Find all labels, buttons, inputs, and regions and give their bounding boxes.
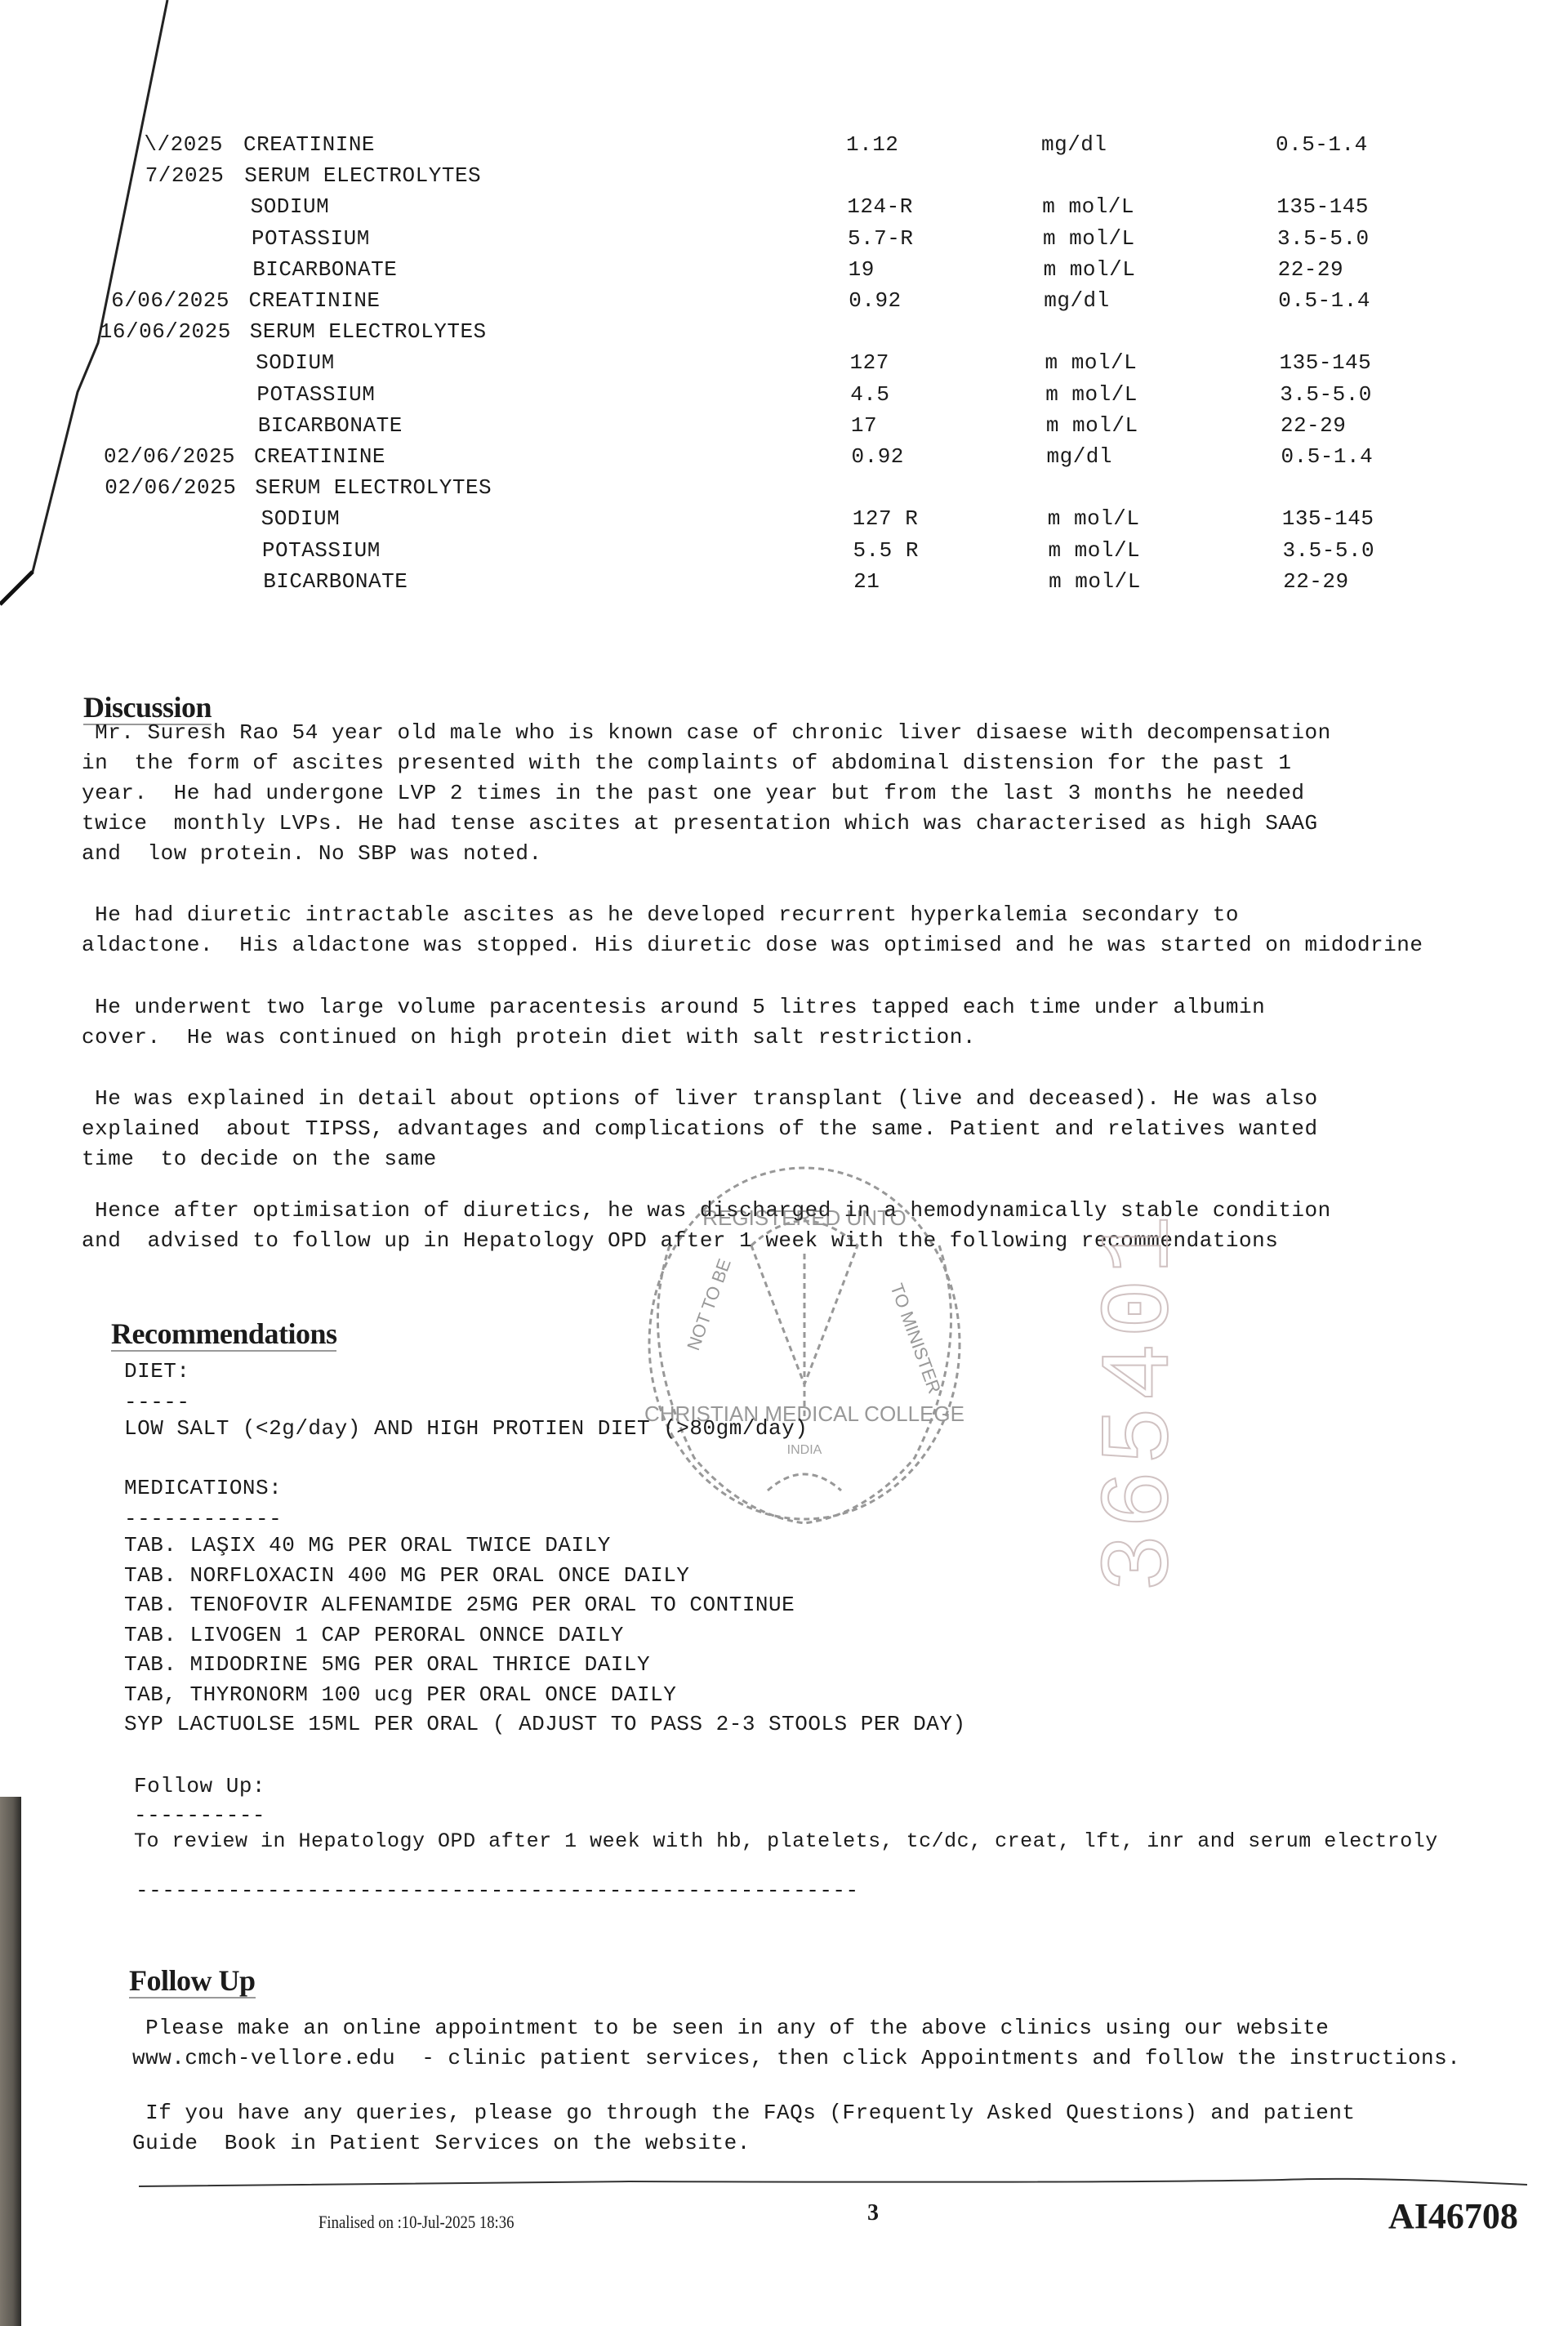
medication-item: TAB, THYRONORM 100 ucg PER ORAL ONCE DAI…: [124, 1682, 676, 1707]
lab-reference-range: 135-145: [1282, 506, 1374, 531]
follow-up-heading: Follow Up: [129, 1966, 256, 1998]
end-rule: ----------------------------------------…: [136, 1878, 859, 1903]
lab-unit: mg/dl: [1047, 444, 1113, 469]
lab-test-name: SERUM ELECTROLYTES: [255, 475, 492, 500]
lab-result-row: 6/06/2025CREATININE0.92mg/dl0.5-1.4: [0, 288, 1568, 319]
diet-text: LOW SALT (<2g/day) AND HIGH PROTIEN DIET…: [124, 1416, 808, 1441]
lab-reference-range: 22-29: [1281, 413, 1347, 438]
paragraph: He underwent two large volume paracentes…: [82, 995, 1535, 1055]
footer-rule: [139, 2177, 1527, 2193]
lab-test-name: POTASSIUM: [256, 382, 375, 407]
lab-unit: m mol/L: [1049, 569, 1141, 594]
lab-result-row: 02/06/2025SERUM ELECTROLYTES: [0, 475, 1568, 506]
diet-label: DIET:: [124, 1359, 190, 1384]
paragraph-line: Hence after optimisation of diuretics, h…: [82, 1198, 1535, 1228]
medication-item: TAB. LAŞIX 40 MG PER ORAL TWICE DAILY: [124, 1533, 611, 1557]
lab-date: 02/06/2025: [104, 444, 235, 469]
lab-value: 0.92: [849, 288, 901, 313]
lab-unit: m mol/L: [1045, 350, 1138, 375]
lab-value: 1.12: [846, 132, 898, 157]
lab-result-row: POTASSIUM5.7-Rm mol/L3.5-5.0: [0, 226, 1568, 257]
lab-test-name: BICARBONATE: [258, 413, 403, 438]
followup-label: Follow Up:: [134, 1774, 265, 1798]
medication-item: TAB. MIDODRINE 5MG PER ORAL THRICE DAILY: [124, 1652, 650, 1677]
document-id: AI46708: [1388, 2195, 1518, 2237]
paragraph-line: www.cmch-vellore.edu - clinic patient se…: [132, 2046, 1568, 2076]
paragraph: He had diuretic intractable ascites as h…: [82, 902, 1535, 963]
lab-result-row: 02/06/2025CREATININE0.92mg/dl0.5-1.4: [0, 444, 1568, 475]
lab-reference-range: 135-145: [1280, 350, 1372, 375]
paragraph-line: and low protein. No SBP was noted.: [82, 841, 1535, 871]
lab-reference-range: 0.5-1.4: [1276, 132, 1368, 157]
paragraph-line: year. He had undergone LVP 2 times in th…: [82, 781, 1535, 811]
lab-value: 127: [850, 350, 889, 375]
lab-test-name: POTASSIUM: [252, 226, 370, 251]
paragraph-line: time to decide on the same: [82, 1147, 1535, 1177]
lab-reference-range: 0.5-1.4: [1281, 444, 1374, 469]
lab-unit: m mol/L: [1045, 382, 1138, 407]
lab-test-name: SERUM ELECTROLYTES: [250, 319, 487, 344]
page-number: 3: [867, 2200, 879, 2226]
lab-unit: mg/dl: [1044, 288, 1110, 313]
paragraph-line: He underwent two large volume paracentes…: [82, 995, 1535, 1025]
lab-reference-range: 3.5-5.0: [1277, 226, 1370, 251]
lab-test-name: CREATININE: [254, 444, 385, 469]
lab-value: 4.5: [850, 382, 889, 407]
lab-reference-range: 22-29: [1278, 257, 1344, 282]
lab-date: 02/06/2025: [105, 475, 236, 500]
lab-value: 124-R: [847, 194, 913, 219]
medications-rule: ------------: [124, 1507, 282, 1531]
paragraph: He was explained in detail about options…: [82, 1086, 1535, 1177]
lab-result-row: SODIUM127m mol/L135-145: [0, 350, 1568, 381]
paragraph-line: Mr. Suresh Rao 54 year old male who is k…: [82, 720, 1535, 751]
document-page: \/2025CREATININE1.12mg/dl0.5-1.47/2025SE…: [0, 0, 1568, 2326]
lab-value: 127 R: [853, 506, 919, 531]
lab-value: 21: [853, 569, 880, 594]
vertical-serial-watermark: 365401: [1086, 1210, 1197, 1593]
lab-reference-range: 22-29: [1283, 569, 1349, 594]
lab-unit: m mol/L: [1048, 506, 1140, 531]
paragraph-line: explained about TIPSS, advantages and co…: [82, 1116, 1535, 1147]
lab-date: \/2025: [144, 132, 223, 157]
paragraph-line: If you have any queries, please go throu…: [132, 2101, 1568, 2131]
finalised-timestamp: Finalised on :10-Jul-2025 18:36: [318, 2212, 514, 2233]
lab-result-row: SODIUM124-Rm mol/L135-145: [0, 194, 1568, 225]
lab-result-row: BICARBONATE19m mol/L22-29: [0, 257, 1568, 288]
paragraph: If you have any queries, please go throu…: [132, 2101, 1568, 2161]
scanner-background-strip: [0, 1797, 21, 2326]
lab-reference-range: 3.5-5.0: [1280, 382, 1372, 407]
lab-unit: mg/dl: [1041, 132, 1107, 157]
lab-test-name: CREATININE: [243, 132, 375, 157]
lab-result-row: POTASSIUM5.5 Rm mol/L3.5-5.0: [0, 538, 1568, 569]
lab-unit: m mol/L: [1043, 226, 1135, 251]
diet-rule: -----: [124, 1390, 190, 1415]
paragraph: Mr. Suresh Rao 54 year old male who is k…: [82, 720, 1535, 871]
lab-unit: m mol/L: [1042, 194, 1134, 219]
lab-result-row: BICARBONATE21m mol/L22-29: [0, 569, 1568, 600]
paragraph-line: aldactone. His aldactone was stopped. Hi…: [82, 933, 1535, 963]
lab-result-row: 16/06/2025SERUM ELECTROLYTES: [0, 319, 1568, 350]
paragraph-line: Guide Book in Patient Services on the we…: [132, 2131, 1568, 2161]
lab-result-row: \/2025CREATININE1.12mg/dl0.5-1.4: [0, 132, 1568, 163]
lab-test-name: BICARBONATE: [263, 569, 408, 594]
lab-test-name: SERUM ELECTROLYTES: [244, 163, 481, 188]
medication-item: TAB. LIVOGEN 1 CAP PERORAL ONNCE DAILY: [124, 1623, 624, 1647]
medication-item: SYP LACTUOLSE 15ML PER ORAL ( ADJUST TO …: [124, 1712, 966, 1736]
paragraph-line: Please make an online appointment to be …: [132, 2016, 1568, 2046]
stamp-country: INDIA: [787, 1443, 822, 1457]
lab-date: 7/2025: [145, 163, 225, 188]
medications-label: MEDICATIONS:: [124, 1476, 282, 1500]
followup-text: To review in Hepatology OPD after 1 week…: [134, 1829, 1438, 1853]
lab-test-name: SODIUM: [261, 506, 341, 531]
lab-result-row: SODIUM127 Rm mol/L135-145: [0, 506, 1568, 537]
paragraph-line: and advised to follow up in Hepatology O…: [82, 1228, 1535, 1259]
paragraph-line: cover. He was continued on high protein …: [82, 1025, 1535, 1055]
lab-result-row: BICARBONATE17m mol/L22-29: [0, 413, 1568, 444]
recommendations-heading: Recommendations: [111, 1319, 336, 1352]
medication-item: TAB. NORFLOXACIN 400 MG PER ORAL ONCE DA…: [124, 1563, 689, 1588]
lab-unit: m mol/L: [1048, 538, 1140, 563]
lab-test-name: BICARBONATE: [252, 257, 397, 282]
lab-value: 17: [851, 413, 877, 438]
lab-value: 5.5 R: [853, 538, 919, 563]
lab-test-name: POTASSIUM: [262, 538, 381, 563]
lab-test-name: CREATININE: [249, 288, 381, 313]
medication-item: TAB. TENOFOVIR ALFENAMIDE 25MG PER ORAL …: [124, 1593, 795, 1617]
lab-test-name: SODIUM: [251, 194, 330, 219]
lab-test-name: SODIUM: [256, 350, 335, 375]
paragraph: Hence after optimisation of diuretics, h…: [82, 1198, 1535, 1259]
stamp-left-text: NOT TO BE: [683, 1256, 735, 1353]
stamp-right-text: TO MINISTER: [886, 1281, 945, 1396]
lab-date: 16/06/2025: [100, 319, 231, 344]
lab-reference-range: 0.5-1.4: [1278, 288, 1370, 313]
paragraph: Please make an online appointment to be …: [132, 2016, 1568, 2076]
lab-value: 0.92: [852, 444, 904, 469]
lab-unit: m mol/L: [1046, 413, 1138, 438]
lab-reference-range: 135-145: [1276, 194, 1369, 219]
lab-result-row: 7/2025SERUM ELECTROLYTES: [0, 163, 1568, 194]
paragraph-line: He had diuretic intractable ascites as h…: [82, 902, 1535, 933]
paragraph-line: He was explained in detail about options…: [82, 1086, 1535, 1116]
paragraph-line: twice monthly LVPs. He had tense ascites…: [82, 811, 1535, 841]
lab-date: 6/06/2025: [111, 288, 229, 313]
lab-value: 5.7-R: [848, 226, 914, 251]
lab-reference-range: 3.5-5.0: [1282, 538, 1374, 563]
followup-rule: ----------: [134, 1803, 265, 1828]
lab-value: 19: [849, 257, 875, 282]
paragraph-line: in the form of ascites presented with th…: [82, 751, 1535, 781]
lab-result-row: POTASSIUM4.5m mol/L3.5-5.0: [0, 382, 1568, 413]
lab-unit: m mol/L: [1044, 257, 1136, 282]
